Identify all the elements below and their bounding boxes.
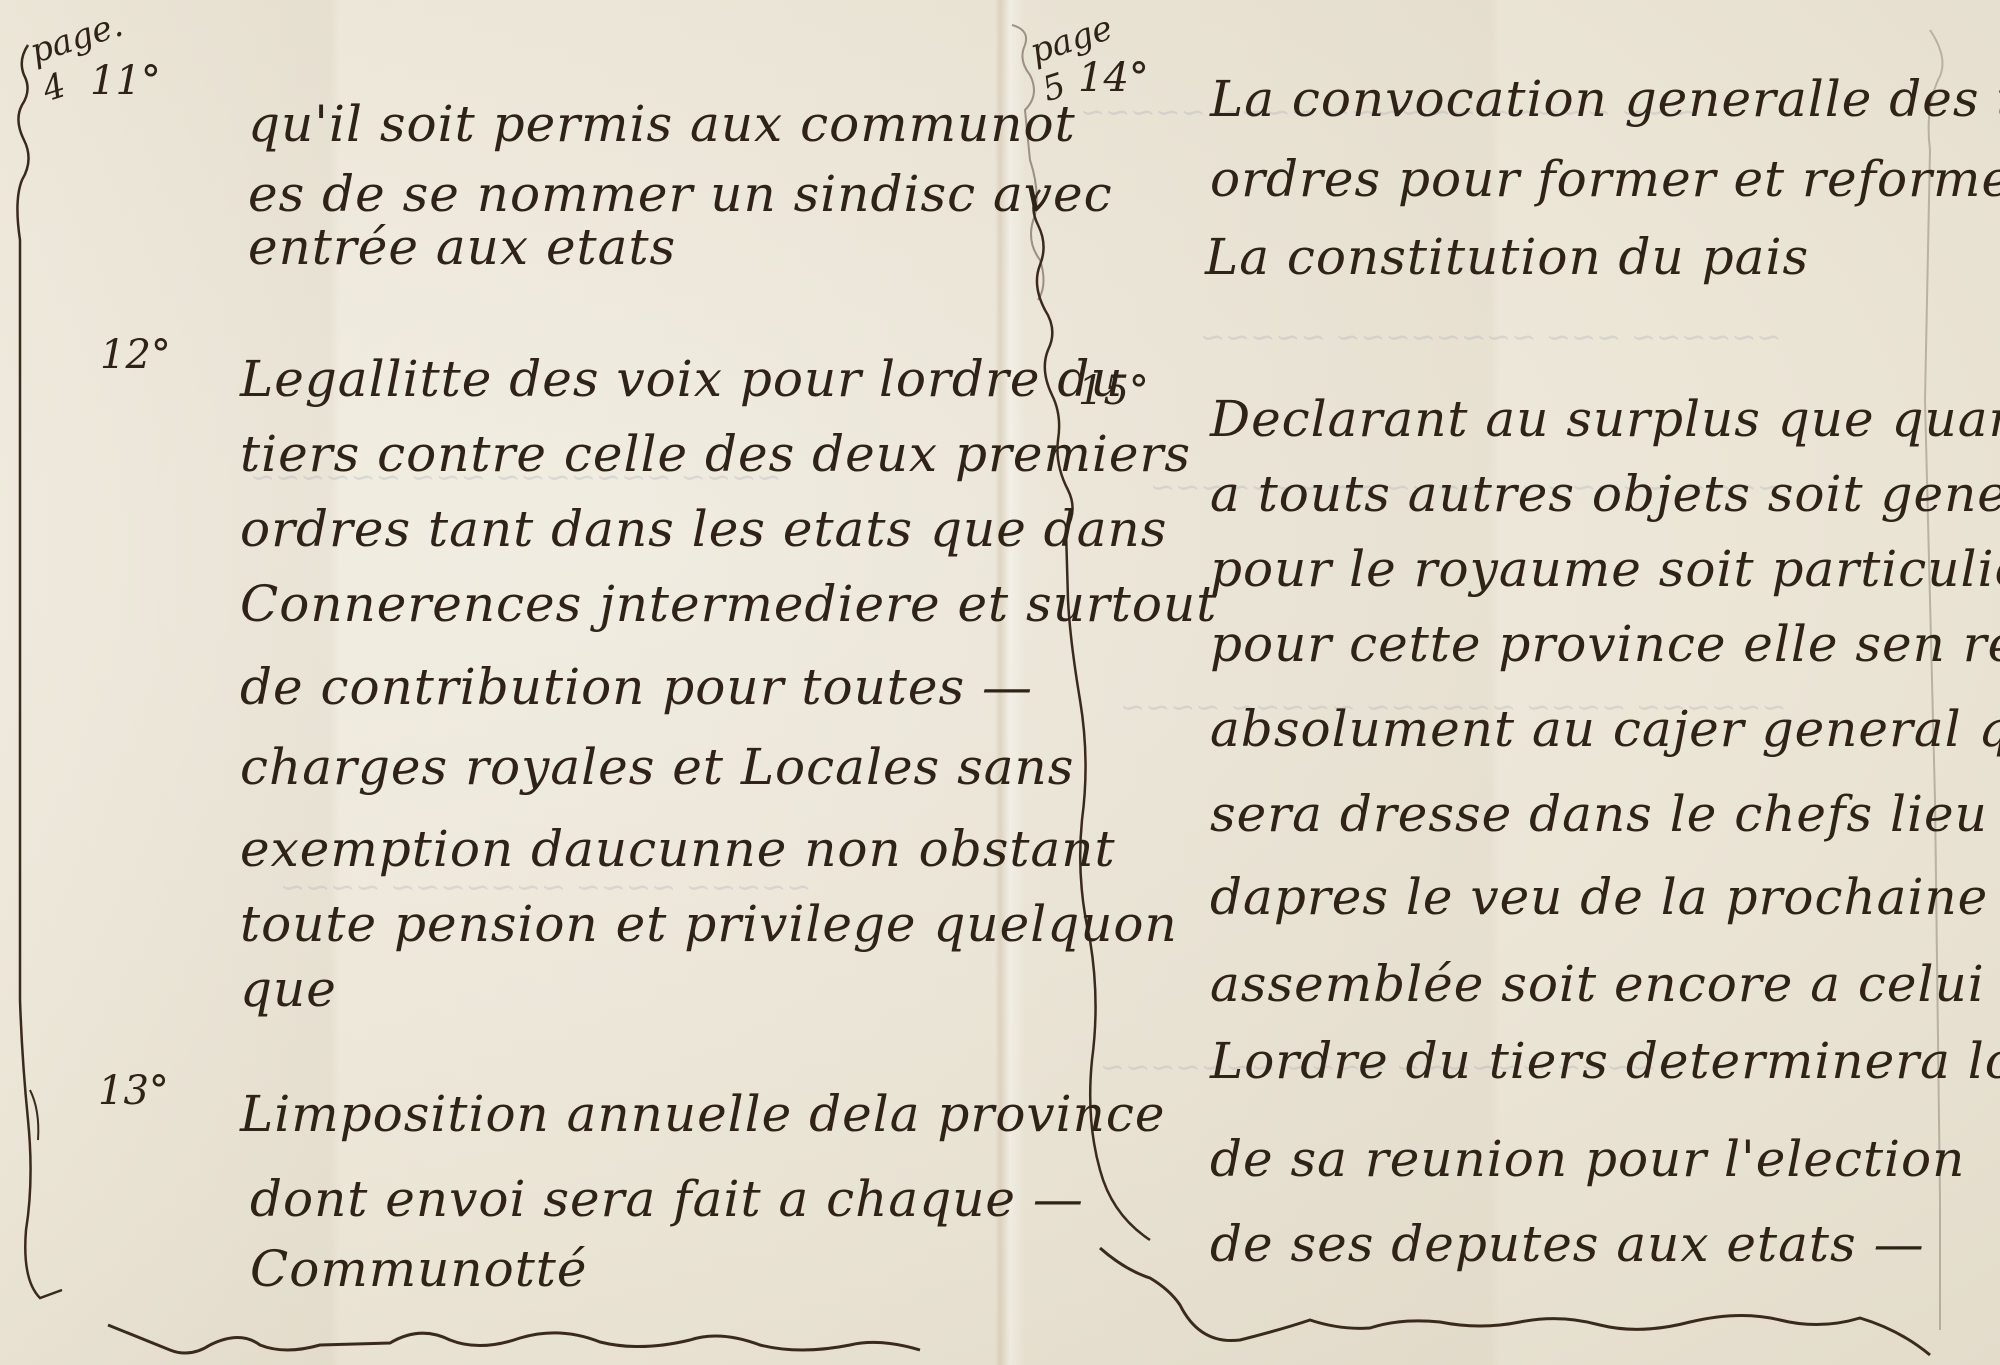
- text-line: ordres tant dans les etats que dans: [240, 500, 1167, 558]
- text-line: Legallitte des voix pour lordre du: [240, 350, 1124, 408]
- text-line: Declarant au surplus que quant: [1210, 390, 2000, 448]
- text-line: entrée aux etats: [248, 218, 676, 276]
- text-line: qu'il soit permis aux communot: [248, 95, 1076, 153]
- text-line: La convocation generalle des trois —: [1210, 70, 2000, 128]
- text-line: pour le royaume soit particulier —: [1210, 540, 2000, 598]
- text-line: toute pension et privilege quelquon: [240, 895, 1178, 953]
- left-item-number-12: 12°: [100, 332, 171, 378]
- text-line: Connerences jntermediere et surtout: [240, 575, 1217, 633]
- text-line: assemblée soit encore a celui que: [1210, 955, 2000, 1013]
- text-line: Lordre du tiers determinera lors: [1210, 1032, 2000, 1090]
- text-line: Limposition annuelle dela province: [240, 1085, 1165, 1143]
- text-line: La constitution du pais: [1205, 228, 1809, 286]
- text-line: de sa reunion pour l'election: [1210, 1130, 1965, 1188]
- left-item-number-13: 13°: [98, 1068, 169, 1114]
- text-line: dont envoi sera fait a chaque —: [250, 1170, 1084, 1228]
- right-item-number-15: 15°: [1078, 368, 1149, 414]
- text-line: absolument au cajer general qui: [1210, 700, 2000, 758]
- text-line: tiers contre celle des deux premiers: [240, 425, 1191, 483]
- text-line: de ses deputes aux etats —: [1210, 1215, 1925, 1273]
- text-line: dapres le veu de la prochaine —: [1210, 868, 2000, 926]
- text-line: charges royales et Locales sans: [240, 738, 1074, 796]
- text-line: ordres pour former et reformer —: [1210, 150, 2000, 208]
- text-line: pour cette province elle sen refere: [1210, 615, 2000, 673]
- text-line: a touts autres objets soit generaux —: [1210, 465, 2000, 523]
- text-line: es de se nommer un sindisc avec: [248, 165, 1113, 223]
- left-item-number-11: 11°: [90, 58, 161, 104]
- text-line: exemption daucunne non obstant: [240, 820, 1116, 878]
- text-line: de contribution pour toutes —: [240, 658, 1033, 716]
- text-line: Communotté: [250, 1240, 587, 1298]
- text-line: que: [240, 960, 337, 1018]
- bleed-through-text: ~~~~~~ ~~~ ~~~~~~~~ ~~~~~: [1200, 320, 1782, 355]
- text-line: sera dresse dans le chefs lieu —: [1210, 785, 2000, 843]
- right-item-number-14: 14°: [1078, 55, 1149, 101]
